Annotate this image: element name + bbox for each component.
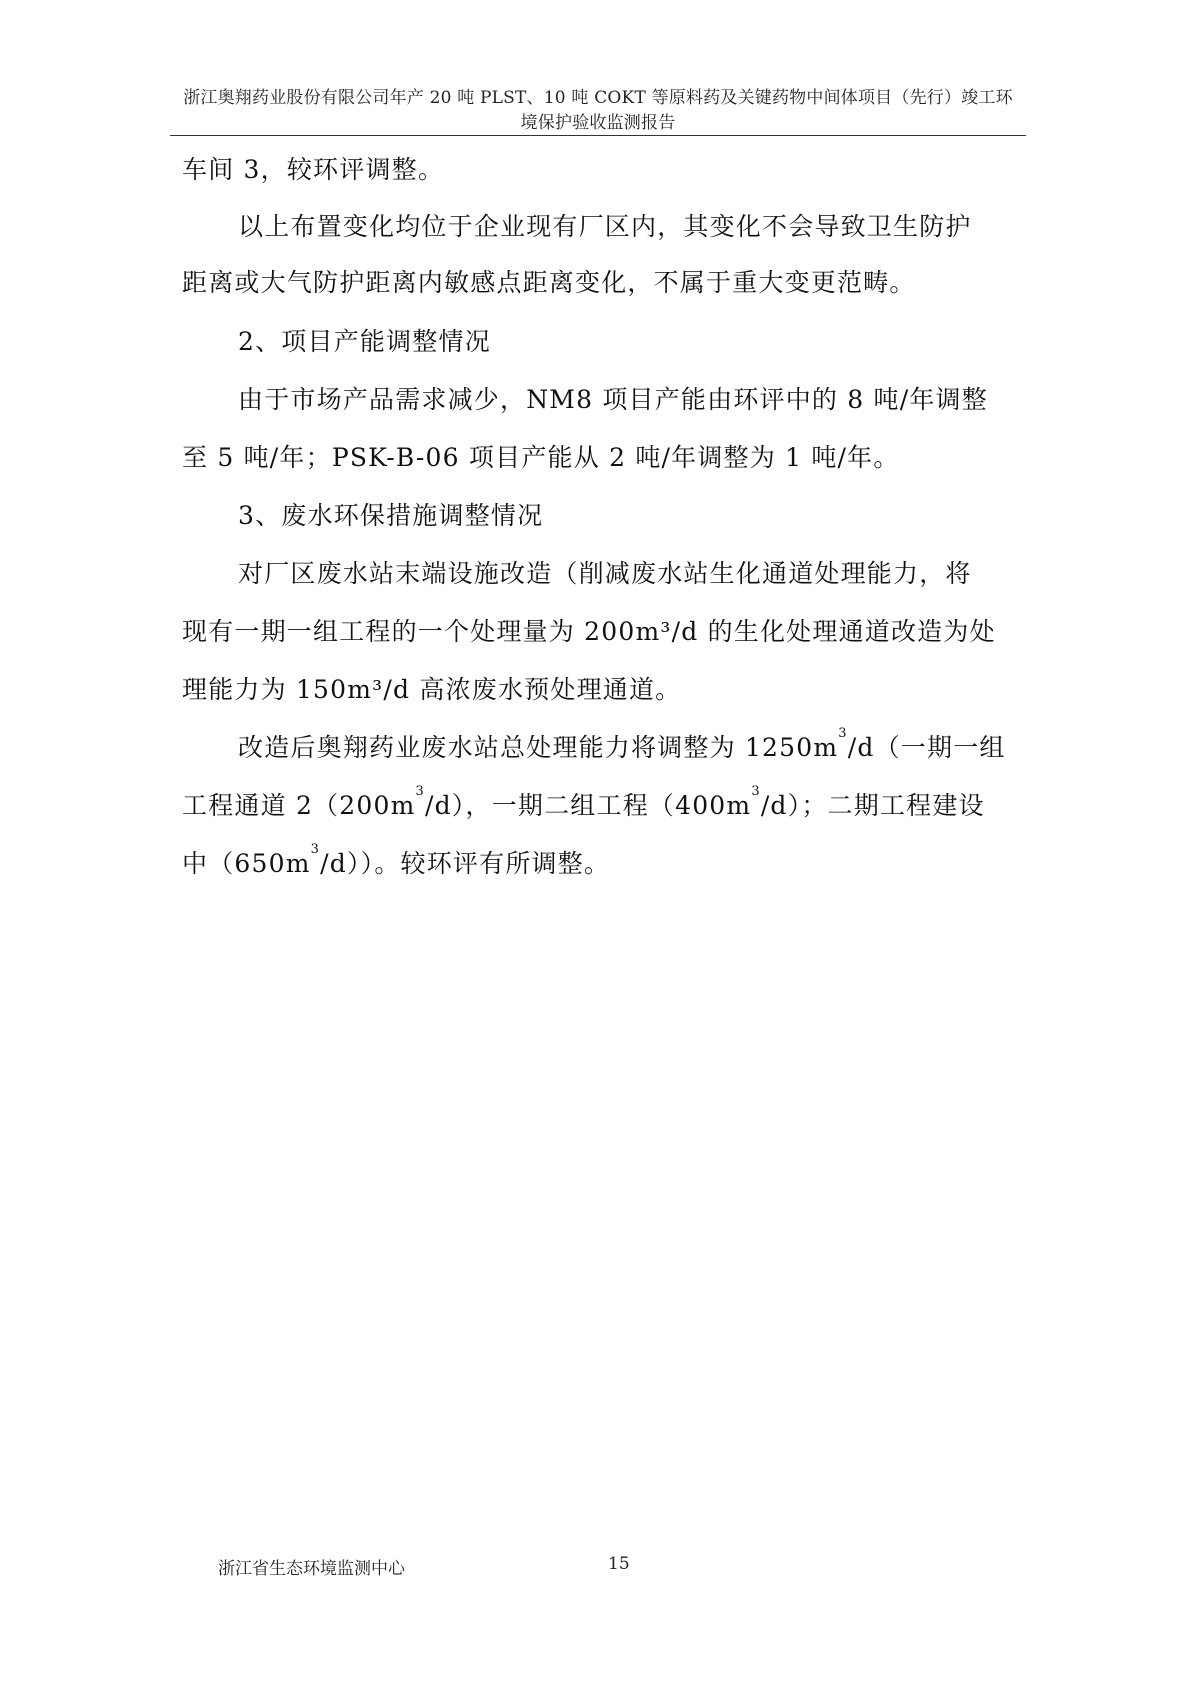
body-line: 改造后奥翔药业废水站总处理能力将调整为 1250m3/d（一期一组	[238, 728, 1006, 764]
body-line: 工程通道 2（200m3/d），一期二组工程（400m3/d）；二期工程建设	[182, 786, 985, 822]
section-heading: 2、项目产能调整情况	[238, 322, 491, 358]
header-divider	[170, 135, 1026, 136]
section-heading: 3、废水环保措施调整情况	[238, 496, 543, 532]
body-line: 由于市场产品需求减少，NM8 项目产能由环评中的 8 吨/年调整	[238, 380, 988, 416]
body-line: 车间 3，较环评调整。	[182, 150, 444, 186]
header-title-line2: 境保护验收监测报告	[170, 111, 1026, 136]
body-line: 对厂区废水站末端设施改造（削减废水站生化通道处理能力，将	[238, 554, 972, 590]
body-line: 至 5 吨/年；PSK-B-06 项目产能从 2 吨/年调整为 1 吨/年。	[182, 438, 900, 474]
page-number: 15	[608, 1554, 630, 1574]
header-title-line1: 浙江奥翔药业股份有限公司年产 20 吨 PLST、10 吨 COKT 等原料药及…	[170, 86, 1026, 111]
body-line: 理能力为 150m³/d 高浓废水预处理通道。	[182, 670, 681, 706]
body-line: 现有一期一组工程的一个处理量为 200m³/d 的生化处理通道改造为处	[182, 612, 996, 648]
page-header: 浙江奥翔药业股份有限公司年产 20 吨 PLST、10 吨 COKT 等原料药及…	[170, 86, 1026, 136]
body-line: 以上布置变化均位于企业现有厂区内，其变化不会导致卫生防护	[238, 207, 972, 243]
body-line: 中（650m3/d））。较环评有所调整。	[182, 844, 610, 880]
footer-organization: 浙江省生态环境监测中心	[218, 1554, 405, 1579]
body-line: 距离或大气防护距离内敏感点距离变化，不属于重大变更范畴。	[182, 263, 916, 299]
